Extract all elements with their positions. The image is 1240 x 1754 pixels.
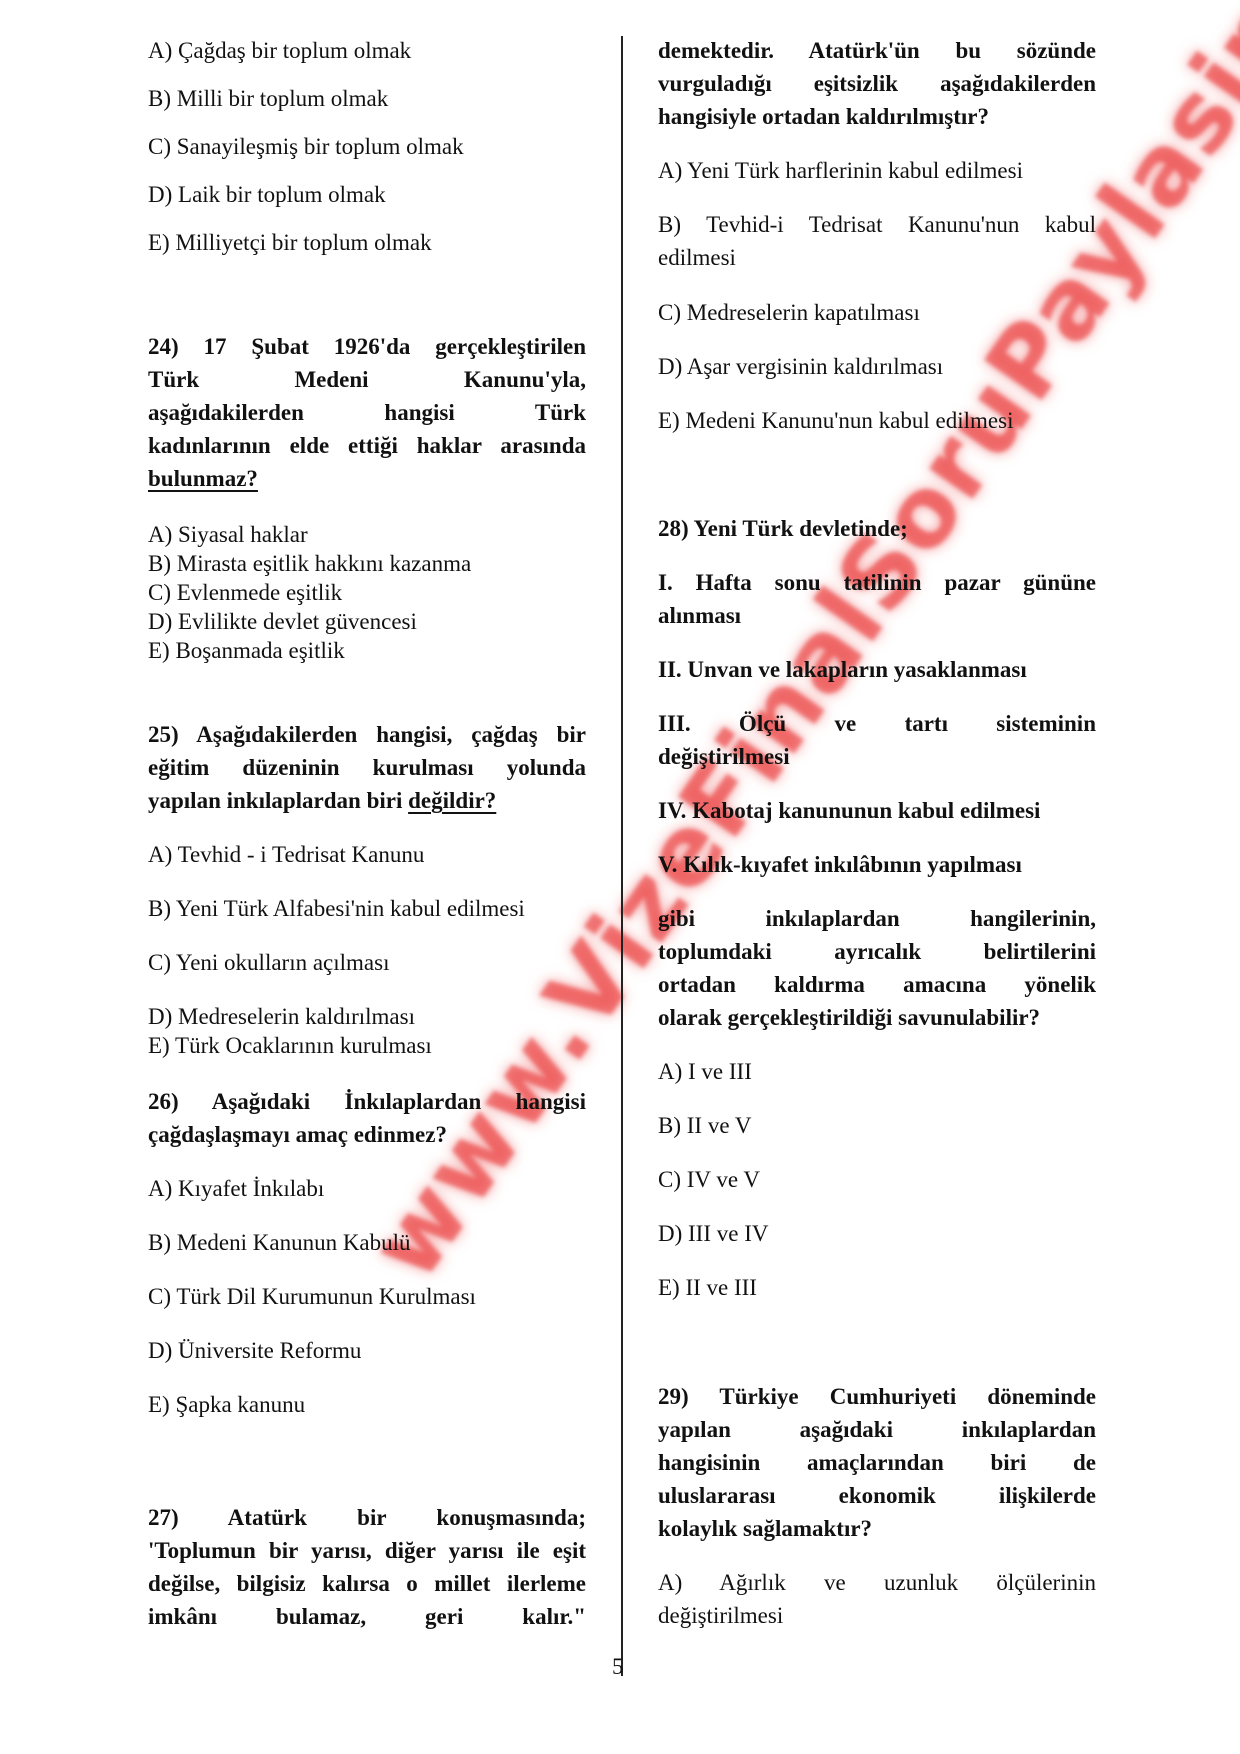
q24-text-line: aşağıdakilerden hangisi Türk <box>148 396 586 429</box>
q28-item-i-cont: alınması <box>658 599 1096 632</box>
q28-item-v: V. Kılık-kıyafet inkılâbının yapılması <box>658 848 1096 881</box>
q27-text-line: imkânı bulamaz, geri kalır." <box>148 1600 586 1633</box>
q28-option-c: C) IV ve V <box>658 1163 1096 1196</box>
q27-text-line: 27) Atatürk bir konuşmasında; <box>148 1501 586 1534</box>
q23-option-b: B) Milli bir toplum olmak <box>148 82 586 115</box>
q27-option-c: C) Medreselerin kapatılması <box>658 296 1096 329</box>
q28-option-b: B) II ve V <box>658 1109 1096 1142</box>
column-divider <box>621 36 623 1676</box>
q23-option-a: A) Çağdaş bir toplum olmak <box>148 34 586 67</box>
q25-text-line: yapılan inkılaplardan biri değildir? <box>148 784 586 817</box>
q27-option-b-cont: edilmesi <box>658 241 1096 274</box>
page-number: 5 <box>612 1654 624 1680</box>
q27-option-a: A) Yeni Türk harflerinin kabul edilmesi <box>658 154 1096 187</box>
q29-text-line: hangisinin amaçlarından biri de <box>658 1446 1096 1479</box>
q28-item-ii: II. Unvan ve lakapların yasaklanması <box>658 653 1096 686</box>
q26-option-d: D) Üniversite Reformu <box>148 1334 586 1367</box>
q28-item-iv: IV. Kabotaj kanununun kabul edilmesi <box>658 794 1096 827</box>
q29-option-a: A) Ağırlık ve uzunluk ölçülerinin <box>658 1566 1096 1599</box>
q23-option-e: E) Milliyetçi bir toplum olmak <box>148 226 586 259</box>
q26-option-b: B) Medeni Kanunun Kabulü <box>148 1226 586 1259</box>
q25-negation: değildir? <box>408 788 496 813</box>
q27-text-line: 'Toplumun bir yarısı, diğer yarısı ile e… <box>148 1534 586 1567</box>
q28-option-e: E) II ve III <box>658 1271 1096 1304</box>
q29-text-line: yapılan aşağıdaki inkılaplardan <box>658 1413 1096 1446</box>
q28-text-line: olarak gerçekleştirildiği savunulabilir? <box>658 1001 1096 1034</box>
q24-negation: bulunmaz? <box>148 466 258 491</box>
q26-option-c: C) Türk Dil Kurumunun Kurulması <box>148 1280 586 1313</box>
q25-option-e: E) Türk Ocaklarının kurulması <box>148 1029 586 1062</box>
q24-text-line: bulunmaz? <box>148 462 586 495</box>
q23-option-c: C) Sanayileşmiş bir toplum olmak <box>148 130 586 163</box>
exam-page: www.VizeFinalSoruPaylasimi.com A) Çağdaş… <box>0 0 1240 1754</box>
q26-text-line: 26) Aşağıdaki İnkılaplardan hangisi <box>148 1085 586 1118</box>
q28-option-a: A) I ve III <box>658 1055 1096 1088</box>
q27-option-d: D) Aşar vergisinin kaldırılması <box>658 350 1096 383</box>
q28-item-i: I. Hafta sonu tatilinin pazar gününe <box>658 566 1096 599</box>
q28-option-d: D) III ve IV <box>658 1217 1096 1250</box>
q26-option-a: A) Kıyafet İnkılabı <box>148 1172 586 1205</box>
q27-text-line: değilse, bilgisiz kalırsa o millet ilerl… <box>148 1567 586 1600</box>
q23-option-d: D) Laik bir toplum olmak <box>148 178 586 211</box>
q24-text-line: Türk Medeni Kanunu'yla, <box>148 363 586 396</box>
q25-option-b: B) Yeni Türk Alfabesi'nin kabul edilmesi <box>148 892 586 925</box>
q25-text-line: 25) Aşağıdakilerden hangisi, çağdaş bir <box>148 718 586 751</box>
q24-text-line: kadınlarının elde ettiği haklar arasında <box>148 429 586 462</box>
q28-text-line: toplumdaki ayrıcalık belirtilerini <box>658 935 1096 968</box>
q27-option-e: E) Medeni Kanunu'nun kabul edilmesi <box>658 404 1096 437</box>
q27-cont-text-line: hangisiyle ortadan kaldırılmıştır? <box>658 100 1096 133</box>
q27-cont-text-line: vurguladığı eşitsizlik aşağıdakilerden <box>658 67 1096 100</box>
q29-text-line: kolaylık sağlamaktır? <box>658 1512 1096 1545</box>
q26-option-e: E) Şapka kanunu <box>148 1388 586 1421</box>
q28-text-line: gibi inkılaplardan hangilerinin, <box>658 902 1096 935</box>
q29-text-line: 29) Türkiye Cumhuriyeti döneminde <box>658 1380 1096 1413</box>
q28-item-iii-cont: değiştirilmesi <box>658 740 1096 773</box>
q28-text-line: ortadan kaldırma amacına yönelik <box>658 968 1096 1001</box>
q25-option-c: C) Yeni okulların açılması <box>148 946 586 979</box>
q28-item-iii: III. Ölçü ve tartı sisteminin <box>658 707 1096 740</box>
q28-title: 28) Yeni Türk devletinde; <box>658 512 1096 545</box>
q25-text-prefix: yapılan inkılaplardan biri <box>148 788 408 813</box>
q27-cont-text-line: demektedir. Atatürk'ün bu sözünde <box>658 34 1096 67</box>
q29-text-line: uluslararası ekonomik ilişkilerde <box>658 1479 1096 1512</box>
q24-text-line: 24) 17 Şubat 1926'da gerçekleştirilen <box>148 330 586 363</box>
q24-option-e: E) Boşanmada eşitlik <box>148 634 586 667</box>
q25-option-a: A) Tevhid - i Tedrisat Kanunu <box>148 838 586 871</box>
q29-option-a-cont: değiştirilmesi <box>658 1599 1096 1632</box>
q26-text-line: çağdaşlaşmayı amaç edinmez? <box>148 1118 586 1151</box>
q25-text-line: eğitim düzeninin kurulması yolunda <box>148 751 586 784</box>
q27-option-b: B) Tevhid-i Tedrisat Kanunu'nun kabul <box>658 208 1096 241</box>
